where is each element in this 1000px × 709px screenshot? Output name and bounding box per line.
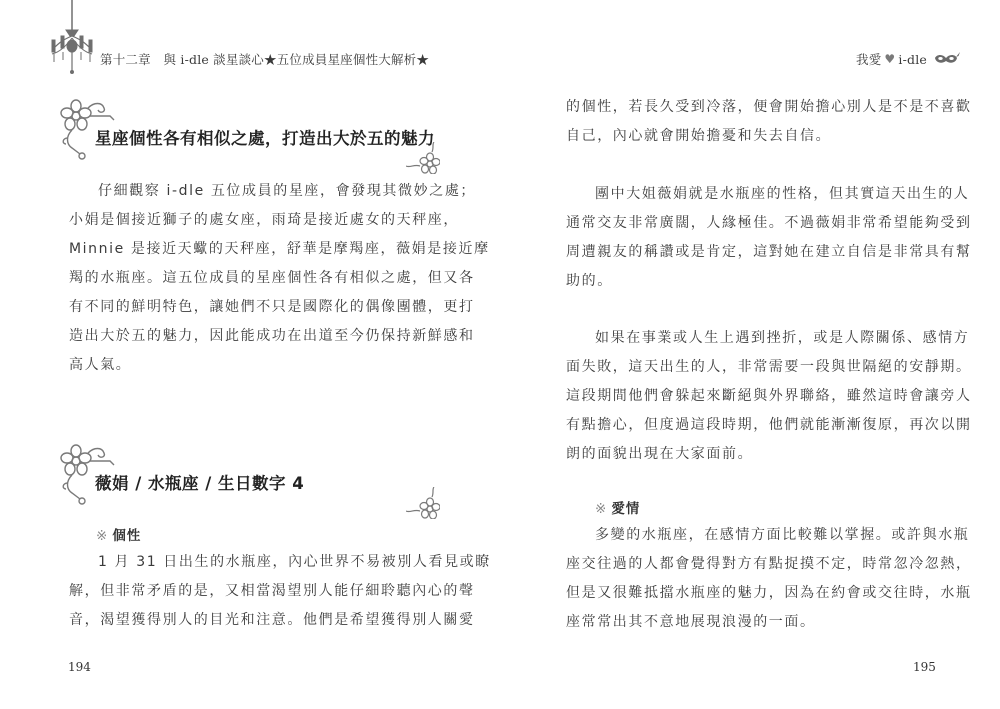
text-line: 這段期間他們會躲起來斷絕與外界聯絡，雖然這時會讓旁人 <box>566 382 972 411</box>
flower-flourish-icon <box>406 487 440 519</box>
text-line: 音，渴望獲得別人的目光和注意。他們是希望獲得別人關愛 <box>69 606 491 635</box>
right-page: 我愛 ♥ i-dle 的個性，若長久受到冷落，便會開始擔心別人是不是不喜歡 自己… <box>500 0 1000 709</box>
text-line: 團中大姐薇娟就是水瓶座的性格，但其實這天出生的人 <box>566 180 972 209</box>
section-title: 薇娟 / 水瓶座 / 生日數字 4 <box>95 470 304 494</box>
text-line: Minnie 是接近天蠍的天秤座，舒華是摩羯座，薇娟是接近摩 <box>69 235 490 264</box>
subhead-personality: ※個性 <box>96 524 141 544</box>
text-line: 座交往過的人都會覺得對方有點捉摸不定，時常忽冷忽熱， <box>566 550 972 579</box>
text-line: 的個性，若長久受到冷落，便會開始擔心別人是不是不喜歡 <box>566 93 972 122</box>
book-running-head: 我愛 ♥ i-dle <box>856 50 960 68</box>
text-line: 多變的水瓶座，在感情方面比較難以掌握。或許與水瓶 <box>566 521 972 550</box>
chapter-running-head: 第十二章 與 i-dle 談星談心★五位成員星座個性大解析★ <box>100 50 429 68</box>
masquerade-mask-icon <box>934 52 960 66</box>
text-line: 小娟是個接近獅子的處女座，雨琦是接近處女的天秤座， <box>69 206 490 235</box>
text-line: 羯的水瓶座。這五位成員的星座個性各有相似之處，但又各 <box>69 264 490 293</box>
text-line: 朗的面貌出現在大家面前。 <box>566 440 972 469</box>
text-line: 高人氣。 <box>69 351 490 380</box>
text-line: 有不同的鮮明特色，讓她們不只是國際化的偶像團體，更打 <box>69 293 490 322</box>
section2-paragraph: 1 月 31 日出生的水瓶座，內心世界不易被別人看見或瞭 解，但非常矛盾的是，又… <box>69 548 491 635</box>
subhead-love: ※愛情 <box>595 497 640 517</box>
text-line: 有點擔心，但度過這段時期，他們就能漸漸復原，再次以開 <box>566 411 972 440</box>
reference-mark-icon: ※ <box>96 528 108 544</box>
running-head-suffix: i-dle <box>898 52 927 67</box>
right-paragraph-1: 的個性，若長久受到冷落，便會開始擔心別人是不是不喜歡 自己，內心就會開始擔憂和失… <box>566 93 972 151</box>
text-line: 助的。 <box>566 267 972 296</box>
text-line: 如果在事業或人生上遇到挫折，或是人際關係、感情方 <box>566 324 972 353</box>
flower-flourish-icon <box>406 142 440 174</box>
subhead-label: 個性 <box>112 528 141 544</box>
section-heading-block: 星座個性各有相似之處，打造出大於五的魅力 <box>58 98 438 168</box>
text-line: 通常交友非常廣闊，人緣極佳。不過薇娟非常希望能夠受到 <box>566 209 972 238</box>
left-page: 第十二章 與 i-dle 談星談心★五位成員星座個性大解析★ 星座個性各有相似之… <box>0 0 500 709</box>
page-number: 194 <box>68 660 91 674</box>
text-line: 自己，內心就會開始擔憂和失去自信。 <box>566 122 972 151</box>
chandelier-icon <box>48 0 96 74</box>
text-line: 解，但非常矛盾的是，又相當渴望別人能仔細聆聽內心的聲 <box>69 577 491 606</box>
heart-icon: ♥ <box>884 52 895 66</box>
section-title: 星座個性各有相似之處，打造出大於五的魅力 <box>95 125 435 149</box>
page-number: 195 <box>913 660 936 674</box>
text-line: 但是又很難抵擋水瓶座的魅力，因為在約會或交往時，水瓶 <box>566 579 972 608</box>
text-line: 造出大於五的魅力，因此能成功在出道至今仍保持新鮮感和 <box>69 322 490 351</box>
subhead-label: 愛情 <box>611 501 640 517</box>
text-line: 周遭親友的稱讚或是肯定，這對她在建立自信是非常具有幫 <box>566 238 972 267</box>
text-line: 1 月 31 日出生的水瓶座，內心世界不易被別人看見或瞭 <box>69 548 491 577</box>
text-line: 面失敗，這天出生的人，非常需要一段與世隔絕的安靜期。 <box>566 353 972 382</box>
section-heading-block: 薇娟 / 水瓶座 / 生日數字 4 <box>58 443 438 513</box>
running-head-prefix: 我愛 <box>856 50 881 68</box>
text-line: 座常常出其不意地展現浪漫的一面。 <box>566 608 972 637</box>
text-line: 仔細觀察 i-dle 五位成員的星座，會發現其微妙之處； <box>69 177 490 206</box>
right-paragraph-2: 團中大姐薇娟就是水瓶座的性格，但其實這天出生的人 通常交友非常廣闊，人緣極佳。不… <box>566 180 972 296</box>
section1-paragraph: 仔細觀察 i-dle 五位成員的星座，會發現其微妙之處； 小娟是個接近獅子的處女… <box>69 177 490 380</box>
reference-mark-icon: ※ <box>595 501 607 517</box>
right-paragraph-3: 如果在事業或人生上遇到挫折，或是人際關係、感情方 面失敗，這天出生的人，非常需要… <box>566 324 972 469</box>
right-paragraph-4: 多變的水瓶座，在感情方面比較難以掌握。或許與水瓶 座交往過的人都會覺得對方有點捉… <box>566 521 972 637</box>
